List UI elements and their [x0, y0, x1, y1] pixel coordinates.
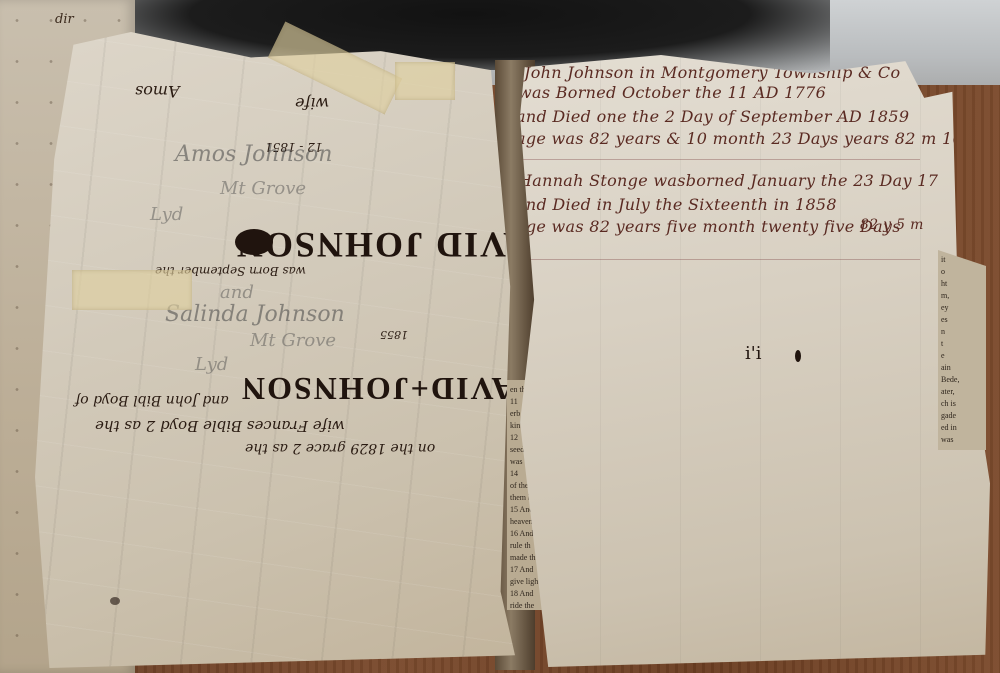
print-line: ht [941, 278, 983, 290]
print-line: t [941, 338, 983, 350]
bleed-through-text: Amos [135, 82, 180, 101]
printed-bible-text-edge: it o ht m, ey es n t e ain Bede, ater, c… [938, 250, 986, 450]
ruled-line [520, 159, 920, 160]
bleed-through-text: on the 1829 grace 2 as the [245, 440, 435, 456]
entry-line: age was 82 years & 10 month 23 Days year… [516, 129, 981, 148]
print-line: o [941, 266, 983, 278]
photo-scene: dir en the 11 erb yi kind, 12 seed was 1… [0, 0, 1000, 673]
print-line: ed in [941, 422, 983, 434]
print-line: ain [941, 362, 983, 374]
print-line: n [941, 326, 983, 338]
ruled-line [520, 259, 920, 260]
mirrored-heading-bottom: DAVID+JOHNSON [240, 370, 540, 407]
faint-word: Lyd [150, 204, 183, 225]
entry-line: and Died in July the Sixteenth in 1858 [516, 195, 837, 214]
adhesive-tape [72, 270, 192, 310]
ink-mark: i'i [745, 343, 761, 364]
print-line: ch is [941, 398, 983, 410]
entry-line: was Borned October the 11 AD 1776 [518, 83, 826, 102]
faint-name-amos-johnson: Amos Johnson [175, 142, 332, 167]
entry-line: 82 y 5 m [860, 217, 924, 233]
print-line: es [941, 314, 983, 326]
left-register-page: wife Amos 12 - 1851 Amos Johnson Mt Grov… [35, 32, 515, 668]
faint-word: Lyd [195, 354, 228, 375]
entry-line: Hannah Stonge wasborned January the 23 D… [518, 171, 938, 190]
faint-place: Mt Grove [220, 178, 306, 199]
corner-handwriting: dir [55, 12, 74, 27]
entry-line: and Died one the 2 Day of September AD 1… [516, 107, 909, 126]
ink-dot [795, 350, 801, 362]
adhesive-tape [395, 62, 455, 100]
print-line: was [941, 434, 983, 446]
ink-blot [235, 229, 273, 255]
print-line: Bede, [941, 374, 983, 386]
print-line: m, [941, 290, 983, 302]
print-line: gade [941, 410, 983, 422]
bleed-through-text: wife [295, 94, 329, 113]
faint-word-and: and [220, 282, 254, 303]
bleed-through-text: and John Bibl Boyd of [75, 392, 229, 408]
entry-line: age was 82 years five month twenty five … [516, 217, 901, 236]
faint-place: Mt Grove [250, 330, 336, 351]
stain [110, 597, 120, 605]
right-register-page: John Johnson in Montgomery Township & Co… [520, 55, 990, 667]
print-line: ater, [941, 386, 983, 398]
print-line: e [941, 350, 983, 362]
bleed-through-text: 1855 [380, 328, 408, 341]
print-line: ey [941, 302, 983, 314]
bleed-through-text: wife Frances Bible Boyd 2 as the [95, 417, 345, 435]
